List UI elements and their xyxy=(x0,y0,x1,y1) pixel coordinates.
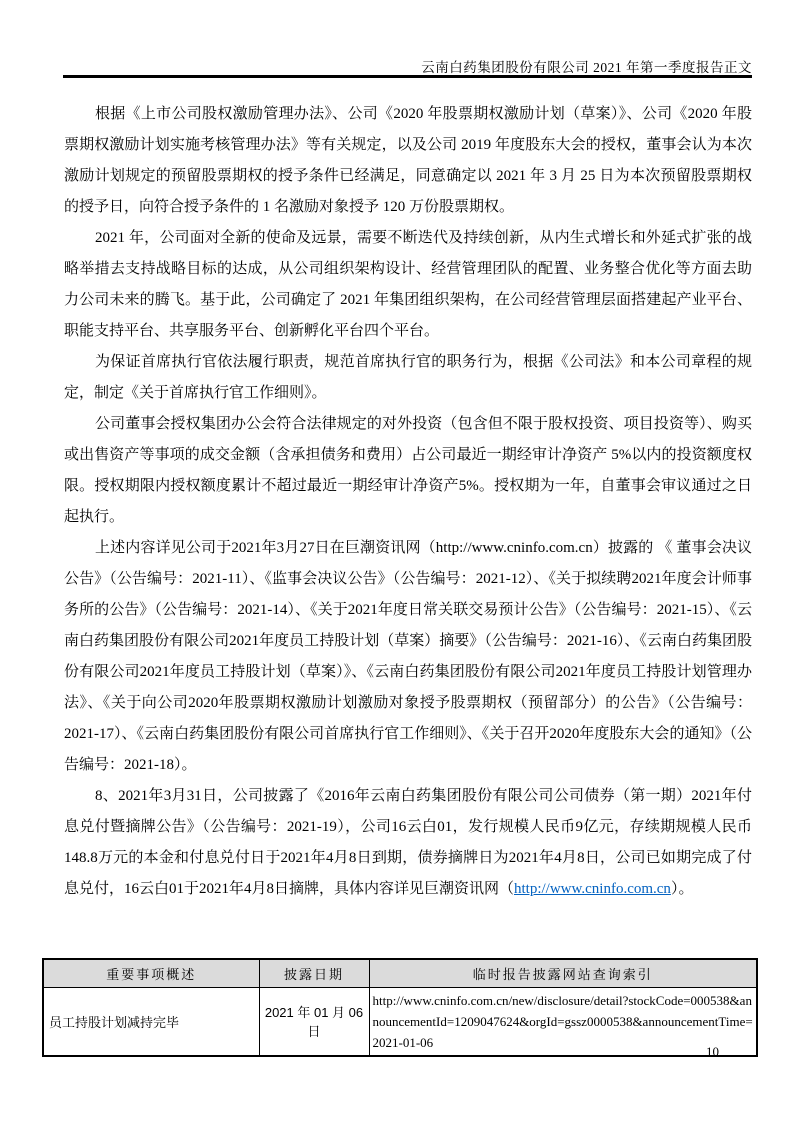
disclosure-table: 重要事项概述 披露日期 临时报告披露网站查询索引 员工持股计划减持完毕 2021… xyxy=(42,958,758,1057)
table-header-summary: 重要事项概述 xyxy=(43,959,259,987)
report-page: 云南白药集团股份有限公司 2021 年第一季度报告正文 根据《上市公司股权激励管… xyxy=(0,0,800,1131)
table-header-date: 披露日期 xyxy=(259,959,369,987)
bond-paragraph-tail: ）。 xyxy=(671,881,694,897)
table-cell-date: 2021 年 01 月 06 日 xyxy=(259,987,369,1056)
paragraph-option-grant: 根据《上市公司股权激励管理办法》、公司《2020 年股票期权激励计划（草案）》、… xyxy=(64,99,752,223)
table-header-index: 临时报告披露网站查询索引 xyxy=(369,959,757,987)
important-matters-table-wrap: 重要事项概述 披露日期 临时报告披露网站查询索引 员工持股计划减持完毕 2021… xyxy=(42,958,758,1057)
table-header-row: 重要事项概述 披露日期 临时报告披露网站查询索引 xyxy=(43,959,757,987)
paragraph-2021-strategy: 2021 年，公司面对全新的使命及远景，需要不断迭代及持续创新，从内生式增长和外… xyxy=(64,223,752,347)
paragraph-ceo-rules: 为保证首席执行官依法履行职责，规范首席执行官的职务行为，根据《公司法》和本公司章… xyxy=(64,347,752,409)
report-body: 根据《上市公司股权激励管理办法》、公司《2020 年股票期权激励计划（草案）》、… xyxy=(64,99,752,905)
cninfo-link[interactable]: http://www.cninfo.com.cn xyxy=(514,881,671,897)
paragraph-bond-delisting: 8、2021年3月31日，公司披露了《2016年云南白药集团股份有限公司公司债券… xyxy=(64,781,752,905)
header-divider xyxy=(63,75,752,78)
table-cell-url: http://www.cninfo.com.cn/new/disclosure/… xyxy=(369,987,757,1056)
page-header-title: 云南白药集团股份有限公司 2021 年第一季度报告正文 xyxy=(421,56,752,76)
paragraph-announcement-list: 上述内容详见公司于2021年3月27日在巨潮资讯网（http://www.cni… xyxy=(64,533,752,781)
table-cell-summary: 员工持股计划减持完毕 xyxy=(43,987,259,1056)
page-number: 10 xyxy=(706,1044,719,1060)
table-row: 员工持股计划减持完毕 2021 年 01 月 06 日 http://www.c… xyxy=(43,987,757,1056)
paragraph-investment-authorization: 公司董事会授权集团办公会符合法律规定的对外投资（包含但不限于股权投资、项目投资等… xyxy=(64,409,752,533)
